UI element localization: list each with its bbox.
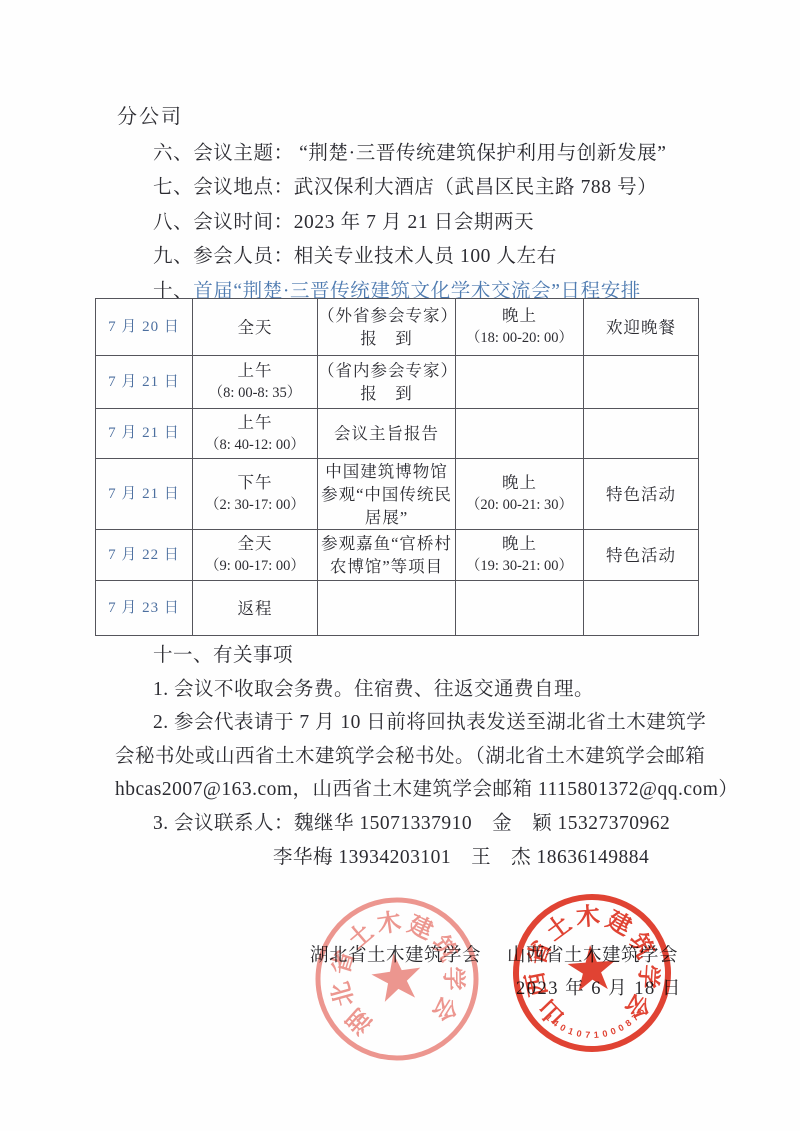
cell-time: 全天: [193, 299, 318, 356]
seal-serial-text: 1401071000878: [543, 1006, 648, 1044]
cell-line: 会议主旨报告: [318, 422, 455, 445]
cell-evening: 晚上（19: 30-21: 00）: [456, 530, 584, 581]
cell-line: 7 月 21 日: [96, 483, 192, 506]
cell-remark: 特色活动: [584, 459, 699, 530]
schedule-table: 7 月 20 日 全天 （外省参会专家）报 到 晚上（18: 00-20: 00…: [95, 298, 699, 636]
cell-line: 欢迎晚餐: [584, 316, 698, 339]
signature-date: 2023 年 6 月 18 日: [516, 974, 682, 1000]
svg-text:0: 0: [617, 1022, 626, 1033]
cell-line: （8: 40-12: 00）: [193, 434, 317, 457]
cell-date: 7 月 21 日: [96, 356, 193, 409]
cell-line: 全天: [193, 316, 317, 339]
cell-line: （2: 30-17: 00）: [193, 494, 317, 517]
table-row: 7 月 22 日 全天（9: 00-17: 00） 参观嘉鱼“官桥村农博馆”等项…: [96, 530, 699, 581]
svg-text:0: 0: [558, 1022, 567, 1033]
cell-line: 7 月 21 日: [96, 371, 192, 394]
table-row: 7 月 21 日 下午（2: 30-17: 00） 中国建筑博物馆参观“中国传统…: [96, 459, 699, 530]
cell-activity: （省内参会专家）报 到: [318, 356, 456, 409]
cell-remark: [584, 409, 699, 459]
table-row: 7 月 20 日 全天 （外省参会专家）报 到 晚上（18: 00-20: 00…: [96, 299, 699, 356]
svg-text:北: 北: [327, 979, 359, 1009]
svg-text:0: 0: [609, 1026, 617, 1037]
cell-time: 返程: [193, 581, 318, 636]
cell-evening: [456, 581, 584, 636]
seal-ring: [511, 892, 673, 1054]
note-line: 2. 参会代表请于 7 月 10 日前将回执表发送至湖北省土木建筑学: [115, 706, 725, 740]
cell-time: 全天（9: 00-17: 00）: [193, 530, 318, 581]
svg-text:8: 8: [635, 1006, 646, 1016]
signature-org-left: 湖北省土木建筑学会: [310, 941, 481, 967]
cell-line: 返程: [193, 597, 317, 620]
cell-activity: 参观嘉鱼“官桥村农博馆”等项目: [318, 530, 456, 581]
cell-line: 报 到: [318, 327, 455, 350]
cell-line: （20: 00-21: 30）: [456, 494, 583, 517]
cell-line: 7 月 23 日: [96, 597, 192, 620]
item-text: 会议主题： “荆楚·三晋传统建筑保护利用与创新发展”: [193, 143, 666, 164]
table-row: 7 月 21 日 上午（8: 00-8: 35） （省内参会专家）报 到: [96, 356, 699, 409]
cell-line: 参观嘉鱼“官桥村: [318, 532, 455, 555]
cell-remark: [584, 581, 699, 636]
cell-line: 上午: [193, 411, 317, 434]
svg-text:7: 7: [585, 1030, 591, 1040]
cell-evening: [456, 409, 584, 459]
svg-text:会: 会: [427, 991, 463, 1026]
seal-ring: [308, 890, 486, 1068]
item-number: 九、: [153, 246, 193, 267]
cell-line: 农博馆”等项目: [318, 555, 455, 578]
cell-line: 特色活动: [584, 483, 698, 506]
numbered-list: 六、会议主题： “荆楚·三晋传统建筑保护利用与创新发展” 七、会议地点：武汉保利…: [115, 137, 725, 309]
contact-line: 3. 会议联系人：魏继华 15071337910 金 颖 15327370962: [115, 807, 725, 841]
svg-text:木: 木: [375, 909, 403, 939]
item-text: 参会人员：相关专业技术人员 100 人左右: [193, 246, 557, 267]
cell-line: 中国建筑博物馆: [318, 460, 455, 483]
document-page: 分公司 六、会议主题： “荆楚·三晋传统建筑保护利用与创新发展” 七、会议地点：…: [0, 0, 800, 1131]
cell-activity: [318, 581, 456, 636]
cell-line: 报 到: [318, 382, 455, 405]
cell-evening: 晚上（20: 00-21: 30）: [456, 459, 584, 530]
seal-ring-text: 湖北省土木建筑学会: [318, 900, 475, 1042]
cell-date: 7 月 21 日: [96, 459, 193, 530]
cell-line: （18: 00-20: 00）: [456, 327, 583, 350]
cell-date: 7 月 20 日: [96, 299, 193, 356]
cell-remark: 欢迎晚餐: [584, 299, 699, 356]
cell-line: 晚上: [456, 304, 583, 327]
list-item-6: 六、会议主题： “荆楚·三晋传统建筑保护利用与创新发展”: [115, 137, 725, 171]
cell-line: （外省参会专家）: [318, 304, 455, 327]
list-item-9: 九、参会人员：相关专业技术人员 100 人左右: [115, 240, 725, 274]
cell-activity: 会议主旨报告: [318, 409, 456, 459]
cell-line: 居展”: [318, 506, 455, 529]
item-number: 六、: [153, 143, 193, 164]
cell-line: 7 月 21 日: [96, 422, 192, 445]
cell-line: （19: 30-21: 00）: [456, 555, 583, 578]
table-row: 7 月 23 日 返程: [96, 581, 699, 636]
cell-line: 特色活动: [584, 544, 698, 567]
svg-text:木: 木: [575, 903, 601, 932]
partial-top-line: 分公司: [117, 100, 183, 129]
cell-time: 上午（8: 40-12: 00）: [193, 409, 318, 459]
cell-line: 7 月 22 日: [96, 544, 192, 567]
item-text: 会议地点：武汉保利大酒店（武昌区民主路 788 号）: [193, 177, 657, 198]
cell-evening: [456, 356, 584, 409]
cell-time: 上午（8: 00-8: 35）: [193, 356, 318, 409]
cell-line: 全天: [193, 532, 317, 555]
cell-line: 7 月 20 日: [96, 316, 192, 339]
svg-text:0: 0: [601, 1028, 608, 1039]
svg-text:1: 1: [544, 1012, 555, 1023]
note-line: 1. 会议不收取会务费。住宿费、往返交通费自理。: [115, 673, 725, 707]
cell-line: 晚上: [456, 532, 583, 555]
cell-remark: [584, 356, 699, 409]
list-item-8: 八、会议时间：2023 年 7 月 21 日会期两天: [115, 206, 725, 240]
svg-text:1: 1: [567, 1026, 575, 1037]
note-line: 会秘书处或山西省土木建筑学会秘书处。（湖北省土木建筑学会邮箱: [115, 740, 725, 774]
cell-activity: 中国建筑博物馆参观“中国传统民居展”: [318, 459, 456, 530]
list-item-7: 七、会议地点：武汉保利大酒店（武昌区民主路 788 号）: [115, 171, 725, 205]
svg-text:0: 0: [576, 1028, 583, 1039]
svg-text:建: 建: [602, 906, 636, 941]
cell-date: 7 月 22 日: [96, 530, 193, 581]
cell-line: 参观“中国传统民: [318, 483, 455, 506]
cell-line: （省内参会专家）: [318, 359, 455, 382]
cell-time: 下午（2: 30-17: 00）: [193, 459, 318, 530]
cell-date: 7 月 23 日: [96, 581, 193, 636]
cell-line: （8: 00-8: 35）: [193, 382, 317, 405]
shanxi-seal-stamp-icon: 山西省土木建筑学会 1401071000878: [503, 884, 680, 1061]
cell-line: 下午: [193, 471, 317, 494]
note-line: hbcas2007@163.com，山西省土木建筑学会邮箱 1115801372…: [115, 773, 725, 807]
signature-org-right: 山西省土木建筑学会: [507, 941, 678, 967]
cell-date: 7 月 21 日: [96, 409, 193, 459]
item-text: 会议时间：2023 年 7 月 21 日会期两天: [193, 212, 534, 233]
cell-line: 晚上: [456, 471, 583, 494]
contact-line: 李华梅 13934203101 王 杰 18636149884: [115, 841, 725, 875]
cell-remark: 特色活动: [584, 530, 699, 581]
cell-evening: 晚上（18: 00-20: 00）: [456, 299, 584, 356]
cell-line: （9: 00-17: 00）: [193, 555, 317, 578]
item-number: 七、: [153, 177, 193, 198]
cell-activity: （外省参会专家）报 到: [318, 299, 456, 356]
notes-section: 十一、有关事项 1. 会议不收取会务费。住宿费、往返交通费自理。 2. 参会代表…: [115, 639, 725, 874]
svg-text:8: 8: [623, 1018, 633, 1029]
item-number: 八、: [153, 212, 193, 233]
svg-text:4: 4: [551, 1018, 561, 1029]
svg-text:1: 1: [593, 1030, 599, 1040]
hubei-seal-stamp-icon: 湖北省土木建筑学会: [300, 882, 494, 1076]
table-row: 7 月 21 日 上午（8: 40-12: 00） 会议主旨报告: [96, 409, 699, 459]
svg-text:7: 7: [630, 1012, 641, 1023]
cell-line: 上午: [193, 359, 317, 382]
notes-heading: 十一、有关事项: [115, 639, 725, 673]
svg-text:湖: 湖: [342, 1003, 378, 1039]
svg-text:学: 学: [439, 966, 466, 990]
